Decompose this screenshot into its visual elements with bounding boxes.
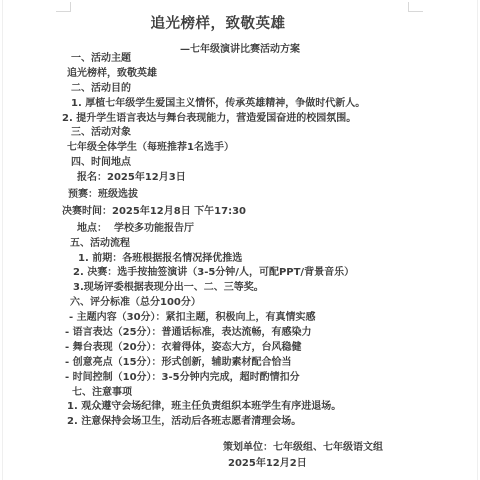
document-body: 一、活动主题追光榜样，致敬英雄二、活动目的1. 厚植七年级学生爱国主义情怀，传承… (0, 52, 480, 430)
document-line: 七年级全体学生（每班推荐1名选手） (0, 141, 480, 156)
footer-date: 2025年12月2日 (228, 454, 307, 469)
document-line: 一、活动主题 (0, 52, 480, 67)
document-line: 追光榜样，致敬英雄 (0, 67, 480, 82)
document-page: 追光榜样，致敬英雄 —七年级演讲比赛活动方案 一、活动主题追光榜样，致敬英雄二、… (0, 0, 480, 480)
document-line: - 创意亮点（15分）：形式创新，辅助素材配合恰当 (0, 356, 480, 371)
document-line: 二、活动目的 (0, 82, 480, 97)
margin-corner-mark-top-left (56, 2, 71, 12)
document-line: 报名：2025年12月3日 (0, 171, 480, 186)
document-line: - 主题内容（30分）：紧扣主题，积极向上，有真情实感 (0, 311, 480, 326)
document-line: 2. 决赛：选手按抽签演讲（3-5分钟/人，可配PPT/背景音乐） (0, 266, 480, 281)
document-line: 1. 厚植七年级学生爱国主义情怀，传承英雄精神，争做时代新人。 (0, 97, 480, 112)
document-line: 1. 观众遵守会场纪律，班主任负责组织本班学生有序进退场。 (0, 400, 480, 415)
document-line: - 舞台表现（20分）：衣着得体，姿态大方，台风稳健 (0, 341, 480, 356)
document-line: 决赛时间：2025年12月8日 下午17:30 (0, 205, 480, 220)
doc-title: 追光榜样，致敬英雄 (0, 12, 458, 33)
document-line: - 时间控制（10分）：3-5分钟内完成，超时酌情扣分 (0, 371, 480, 386)
document-line: 地点： 学校多功能报告厅 (0, 222, 480, 237)
document-line: 三、活动对象 (0, 126, 480, 141)
document-line: 2. 提升学生语言表达与舞台表现能力，营造爱国奋进的校园氛围。 (0, 112, 480, 127)
footer-organizer: 策划单位：七年级组、七年级语文组 (223, 438, 383, 453)
document-line: 3.现场评委根据表现分出一、二、三等奖。 (0, 281, 480, 296)
document-line: - 语言表达（25分）：普通话标准，表达流畅，有感染力 (0, 326, 480, 341)
document-line: 预赛：班级选拔 (0, 188, 480, 203)
document-line: 七、注意事项 (0, 386, 480, 401)
document-line: 五、活动流程 (0, 237, 480, 252)
document-line: 六、评分标准（总分100分） (0, 296, 480, 311)
document-line: 2. 注意保持会场卫生，活动后各班志愿者清理会场。 (0, 415, 480, 430)
document-line: 1. 前期：各班根据报名情况择优推选 (0, 252, 480, 267)
document-line: 四、时间地点 (0, 156, 480, 171)
margin-corner-mark-top-right (408, 2, 423, 12)
